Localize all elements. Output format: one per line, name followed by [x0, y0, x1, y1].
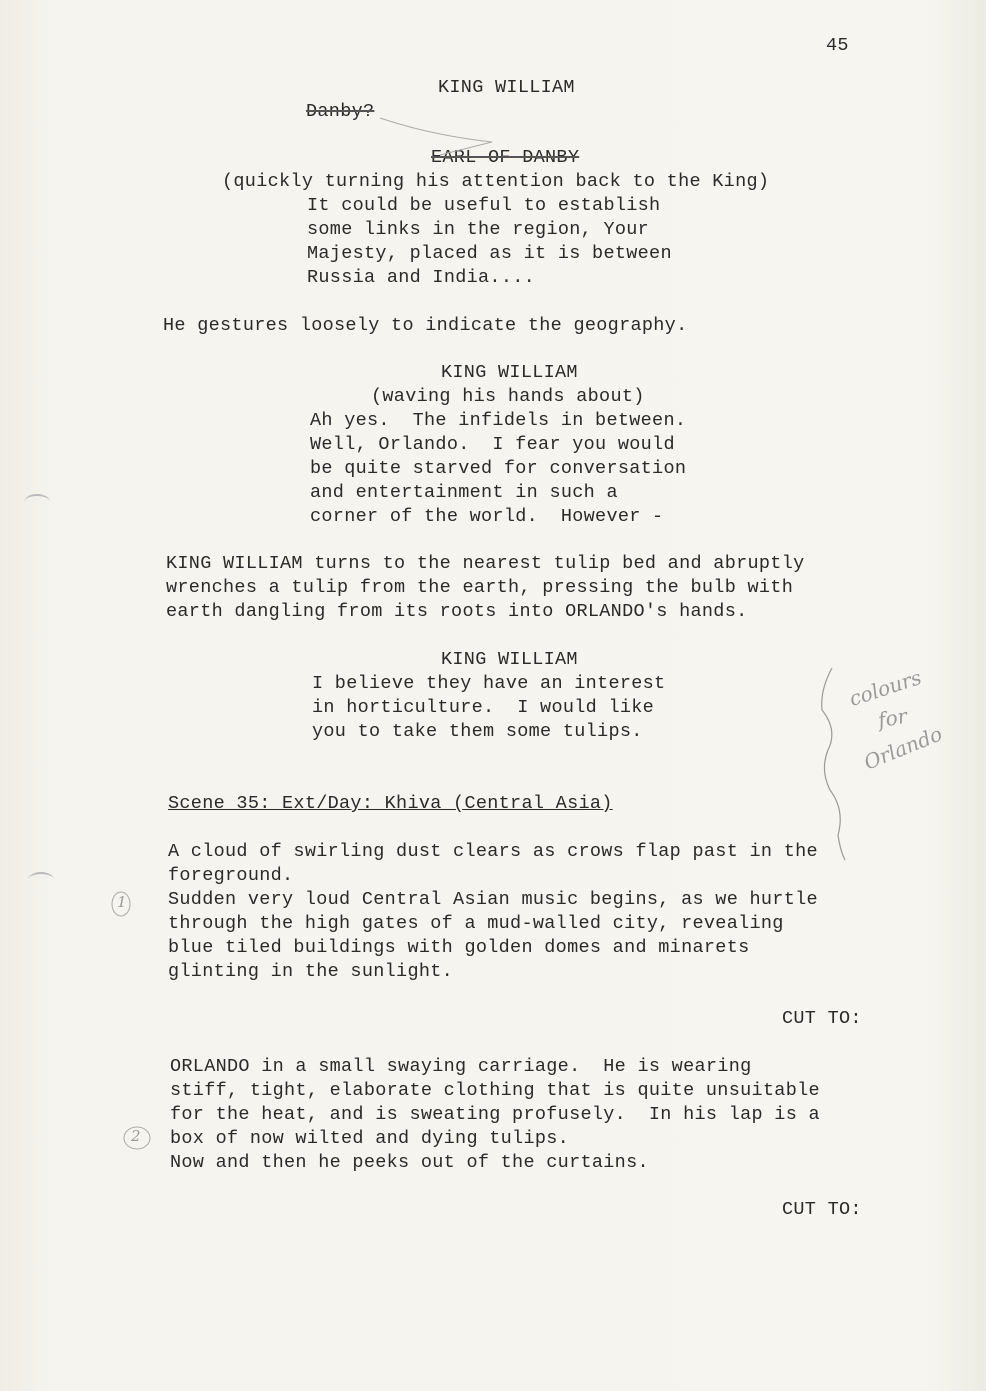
- punch-hole: [28, 872, 54, 888]
- margin-note-line: for: [876, 704, 909, 733]
- circled-number: 2: [131, 1127, 141, 1145]
- pencil-marks-icon: [0, 0, 986, 1391]
- circled-number: 1: [117, 893, 127, 911]
- punch-hole: [24, 494, 50, 510]
- script-page: 45 KING WILLIAM Danby? EARL OF DANBY (qu…: [0, 0, 986, 1391]
